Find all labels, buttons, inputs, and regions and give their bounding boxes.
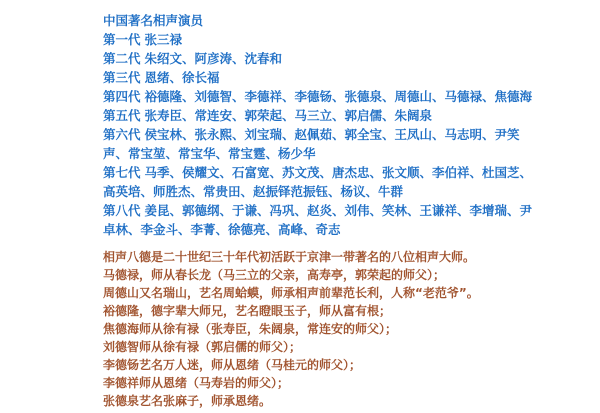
generation-1-line: 第一代张三禄 <box>103 30 533 49</box>
generation-8-line: 第八代姜昆、郭德纲、于谦、冯巩、赵炎、刘伟、笑林、王谦祥、李增瑞、尹卓林、李金斗… <box>103 201 533 239</box>
note-line-1: 相声八德是二十世纪三十年代初活跃于京津一带著名的八位相声大师。 <box>103 248 533 266</box>
note-line-8: 李德祥师从恩绪（马寿岩的师父）； <box>103 374 533 392</box>
note-line-6: 刘德智师从徐有禄（郭启儒的师父）； <box>103 338 533 356</box>
generation-4-label: 第四代 <box>103 89 141 104</box>
note-line-7: 李德钖艺名万人迷，师从恩绪（马桂元的师父）； <box>103 356 533 374</box>
generation-6-label: 第六代 <box>103 127 141 142</box>
generation-3-line: 第三代恩绪、徐长福 <box>103 68 533 87</box>
note-line-9: 张德泉艺名张麻子，师承恩绪。 <box>103 392 533 410</box>
generation-8-names: 姜昆、郭德纲、于谦、冯巩、赵炎、刘伟、笑林、王谦祥、李增瑞、尹卓林、李金斗、李菁… <box>103 203 532 237</box>
generation-3-label: 第三代 <box>103 70 141 85</box>
note-line-4: 裕德隆，德字辈大师兄，艺名瞪眼玉子，师从富有根； <box>103 302 533 320</box>
generation-4-names: 裕德隆、刘德智、李德祥、李德钖、张德泉、周德山、马德禄、焦德海 <box>145 89 533 104</box>
generation-2-names: 朱绍文、阿彦涛、沈春和 <box>145 51 283 66</box>
generation-1-names: 张三禄 <box>145 32 183 47</box>
note-line-5: 焦德海师从徐有禄（张寿臣，朱阔泉，常连安的师父）； <box>103 320 533 338</box>
generation-8-label: 第八代 <box>103 203 141 218</box>
page-title: 中国著名相声演员 <box>103 11 533 30</box>
generation-6-line: 第六代侯宝林、张永熙、刘宝瑞、赵佩茹、郭全宝、王凤山、马志明、尹笑声、常宝堃、常… <box>103 125 533 163</box>
generation-7-line: 第七代马季、侯耀文、石富宽、苏文茂、唐杰忠、张文顺、李伯祥、杜国芝、高英培、师胜… <box>103 163 533 201</box>
page-content: 中国著名相声演员 第一代张三禄 第二代朱绍文、阿彦涛、沈春和 第三代恩绪、徐长福… <box>103 11 533 410</box>
generation-4-line: 第四代裕德隆、刘德智、李德祥、李德钖、张德泉、周德山、马德禄、焦德海 <box>103 87 533 106</box>
note-line-3: 周德山又名瑞山，艺名周蛤蟆，师承相声前辈范长利，人称“老范爷”。 <box>103 284 533 302</box>
generation-7-label: 第七代 <box>103 165 141 180</box>
generation-1-label: 第一代 <box>103 32 141 47</box>
generation-5-line: 第五代张寿臣、常连安、郭荣起、马三立、郭启儒、朱阔泉 <box>103 106 533 125</box>
performer-roster: 中国著名相声演员 第一代张三禄 第二代朱绍文、阿彦涛、沈春和 第三代恩绪、徐长福… <box>103 11 533 239</box>
generation-5-label: 第五代 <box>103 108 141 123</box>
generation-5-names: 张寿臣、常连安、郭荣起、马三立、郭启儒、朱阔泉 <box>145 108 433 123</box>
generation-7-names: 马季、侯耀文、石富宽、苏文茂、唐杰忠、张文顺、李伯祥、杜国芝、高英培、师胜杰、常… <box>103 165 532 199</box>
generation-2-label: 第二代 <box>103 51 141 66</box>
note-line-2: 马德禄，师从春长龙（马三立的父亲，高寿亭，郭荣起的师父）； <box>103 266 533 284</box>
generation-6-names: 侯宝林、张永熙、刘宝瑞、赵佩茹、郭全宝、王凤山、马志明、尹笑声、常宝堃、常宝华、… <box>103 127 520 161</box>
lineage-notes: 相声八德是二十世纪三十年代初活跃于京津一带著名的八位相声大师。 马德禄，师从春长… <box>103 248 533 410</box>
generation-3-names: 恩绪、徐长福 <box>145 70 220 85</box>
generation-2-line: 第二代朱绍文、阿彦涛、沈春和 <box>103 49 533 68</box>
